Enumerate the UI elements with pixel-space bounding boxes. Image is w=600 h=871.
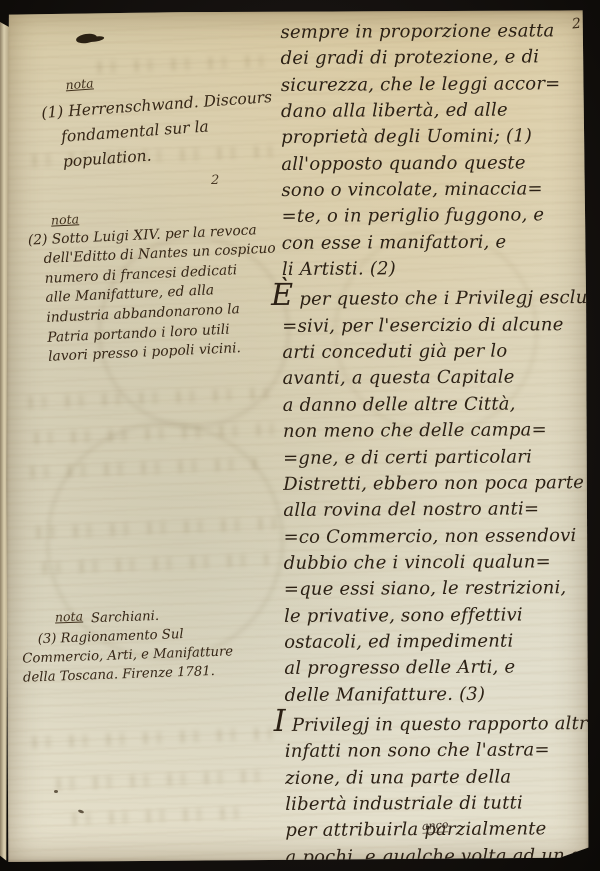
manuscript-line: avanti, a questa Capitale: [283, 365, 589, 393]
ink-blot: [75, 32, 97, 44]
main-text-column: sempre in proporzione esattadei gradi di…: [280, 18, 591, 871]
manuscript-line: libertà industriale di tutti: [285, 790, 591, 818]
manuscript-line: dei gradi di protezione, e di: [281, 44, 587, 72]
manuscript-line: Distretti, ebbero non poca parte: [283, 470, 589, 498]
manuscript-line: infatti non sono che l'astra=: [285, 737, 591, 765]
margin-note-1: nota (1) Herrenschwand. Discoursfondamen…: [39, 58, 277, 176]
manuscript-line: sempre in proporzione esatta: [280, 18, 586, 46]
manuscript-page: 2 2 nota (1) Herrenschwand. Discoursfond…: [6, 10, 589, 862]
manuscript-line: ostacoli, ed impedimenti: [284, 628, 590, 656]
manuscript-line: =co Commercio, non essendovi: [283, 523, 589, 551]
manuscript-line: È per questo che i Privilegj esclu=: [271, 282, 588, 314]
manuscript-line: le privative, sono effettivi: [284, 602, 590, 630]
ink-speck: [54, 790, 58, 793]
manuscript-line: all'opposto quando queste: [281, 150, 587, 178]
ink-showthrough: [24, 457, 264, 478]
manuscript-line: non meno che delle campa=: [283, 417, 589, 445]
manuscript-line: =que essi siano, le restrizioni,: [284, 575, 590, 603]
note-lines: (1) Herrenschwand. Discoursfondamental s…: [41, 85, 277, 176]
ink-showthrough: [26, 727, 276, 749]
margin-note-3: nota Sarchiani.(3) Ragionamento SulComme…: [21, 604, 234, 687]
note-label: nota: [55, 607, 84, 627]
manuscript-line: zione, di una parte della: [285, 764, 591, 792]
manuscript-line: al progresso delle Arti, e: [284, 654, 590, 682]
manuscript-line: I Privilegj in questo rapporto altro: [274, 707, 591, 739]
manuscript-line: delle Manifatture. (3): [284, 681, 590, 709]
ink-showthrough: [22, 387, 274, 409]
manuscript-line: li Artisti. (2): [282, 255, 588, 283]
note-lines: (2) Sotto Luigi XIV. per la revocadell'E…: [27, 220, 280, 368]
manuscript-line: alla rovina del nostro anti=: [283, 496, 589, 524]
manuscript-line: a danno delle altre Città,: [283, 391, 589, 419]
manuscript-line: dubbio che i vincoli qualun=: [284, 549, 590, 577]
ink-showthrough: [36, 554, 268, 575]
note-lines: Sarchiani.(3) Ragionamento SulCommercio,…: [21, 604, 234, 687]
manuscript-line: sicurezza, che le leggi accor=: [281, 71, 587, 99]
ink-showthrough: [28, 423, 274, 444]
manuscript-line: =gne, e di certi particolari: [283, 444, 589, 472]
manuscript-line: arti conceduti già per lo: [282, 338, 588, 366]
ink-showthrough: [50, 770, 264, 790]
manuscript-photo: 2 2 nota (1) Herrenschwand. Discoursfond…: [0, 0, 600, 871]
manuscript-line: con esse i manifattori, e: [282, 229, 588, 257]
margin-note-2: nota (2) Sotto Luigi XIV. per la revocad…: [27, 200, 281, 368]
ink-showthrough: [66, 807, 246, 826]
manuscript-line: a pochi, e qualche volta ad un solo.: [285, 843, 591, 871]
manuscript-line: =sivi, per l'esercizio di alcune: [282, 312, 588, 340]
manuscript-line: dano alla libertà, ed alle: [281, 97, 587, 125]
interlinear-insertion: anco: [422, 818, 449, 834]
manuscript-line: proprietà degli Uomini; (1): [281, 123, 587, 151]
ink-showthrough: [30, 517, 280, 539]
page-number-mid: 2: [211, 173, 219, 188]
manuscript-line: sono o vincolate, minaccia=: [281, 176, 587, 204]
manuscript-line: =te, o in periglio fuggono, e: [282, 202, 588, 230]
